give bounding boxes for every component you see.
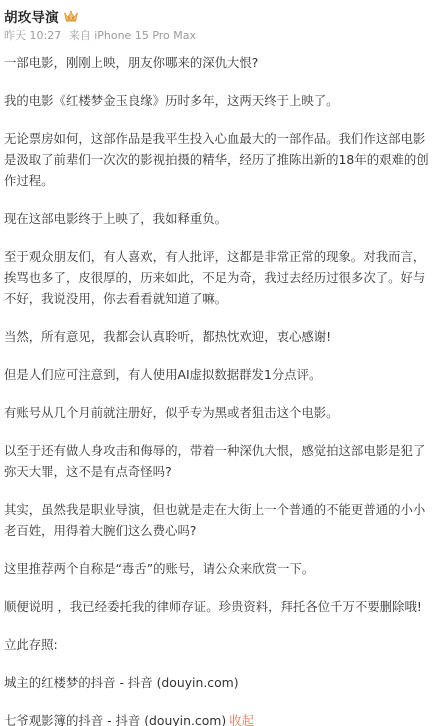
douyin-link-2[interactable]: 七爷观影簿的抖音 - 抖音 (douyin.com) <box>4 713 226 726</box>
paragraph: 顺便说明 ，我已经委托我的律师存证。珍贵资料，拜托各位千万不要删除哦! <box>4 596 431 617</box>
paragraph: 有账号从几个月前就注册好，似乎专为黑或者狙击这个电影。 <box>4 402 431 423</box>
paragraph: 其实，虽然我是职业导演，但也就是走在大街上一个普通的不能更普通的小小老百姓，用得… <box>4 499 431 541</box>
post-header: 胡玫导演 昨天 10:27 来自 iPhone 15 Pro Max <box>4 0 437 43</box>
paragraph: 以至于还有做人身攻击和侮辱的，带着一种深仇大恨，感觉拍这部电影是犯了弥天大罪，这… <box>4 440 431 482</box>
paragraph: 至于观众朋友们，有人喜欢，有人批评，这都是非常正常的现象。对我而言，挨骂也多了，… <box>4 246 431 309</box>
collapse-button[interactable]: 收起 <box>229 713 254 726</box>
post-meta: 昨天 10:27 来自 iPhone 15 Pro Max <box>4 29 437 43</box>
paragraph: 这里推荐两个自称是“毒舌”的账号，请公众来欣赏一下。 <box>4 558 431 579</box>
post-time[interactable]: 昨天 10:27 <box>4 29 61 42</box>
paragraph: 无论票房如何，这部作品是我平生投入心血最大的一部作品。我们作这部电影是汲取了前辈… <box>4 128 431 191</box>
paragraph: 现在这部电影终于上映了，我如释重负。 <box>4 208 431 229</box>
paragraph: 立此存照: <box>4 634 431 655</box>
weibo-post: 胡玫导演 昨天 10:27 来自 iPhone 15 Pro Max 一部电影，… <box>0 0 437 726</box>
douyin-link-1[interactable]: 城主的红楼梦的抖音 - 抖音 (douyin.com) <box>4 675 239 690</box>
author-name[interactable]: 胡玫导演 <box>4 6 59 26</box>
paragraph: 当然，所有意见，我都会认真聆听，都热忱欢迎，衷心感谢! <box>4 326 431 347</box>
author-row: 胡玫导演 <box>4 7 437 25</box>
crown-icon[interactable] <box>64 10 78 22</box>
paragraph: 但是人们应可注意到，有人使用AI虚拟数据群发1分点评。 <box>4 364 431 385</box>
post-source: 来自 iPhone 15 Pro Max <box>69 29 196 42</box>
link-paragraph: 七爷观影簿的抖音 - 抖音 (douyin.com)收起 <box>4 710 431 726</box>
paragraph: 我的电影《红楼梦金玉良缘》历时多年，这两天终于上映了。 <box>4 90 431 111</box>
post-content: 一部电影，刚刚上映，朋友你哪来的深仇大恨? 我的电影《红楼梦金玉良缘》历时多年，… <box>4 52 437 726</box>
paragraph: 一部电影，刚刚上映，朋友你哪来的深仇大恨? <box>4 52 431 73</box>
link-paragraph: 城主的红楼梦的抖音 - 抖音 (douyin.com) <box>4 672 431 693</box>
